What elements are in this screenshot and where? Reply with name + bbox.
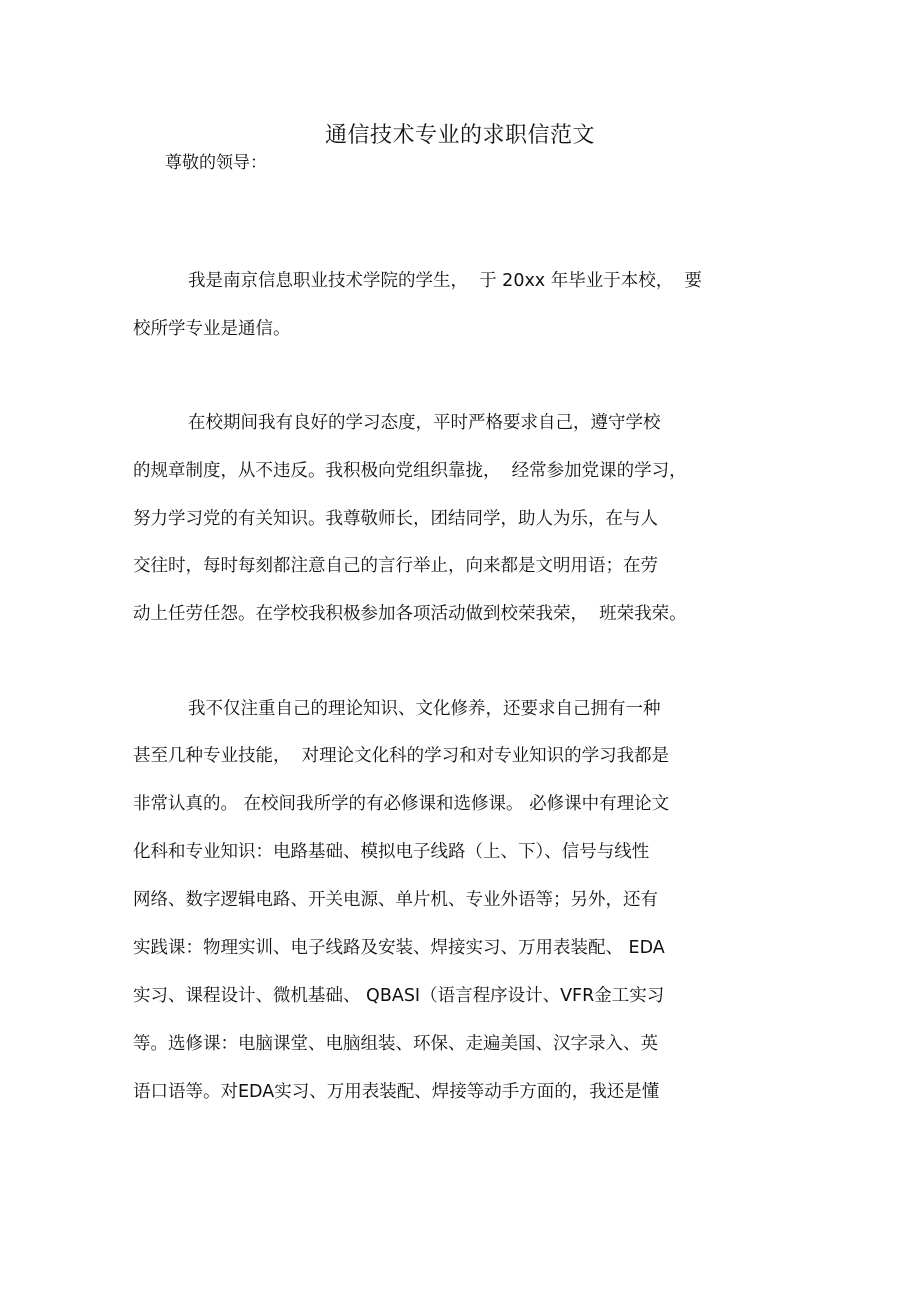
- paragraph-2-line-4: 交往时，每时每刻都注意自己的言行举止，向来都是文明用语；在劳: [133, 553, 658, 579]
- paragraph-3-line-9: 语口语等。对EDA实习、万用表装配、焊接等动手方面的，我还是懂: [133, 1079, 659, 1105]
- paragraph-2-line-5: 动上任劳任怨。在学校我积极参加各项活动做到校荣我荣， 班荣我荣。: [133, 601, 687, 627]
- paragraph-3-line-3: 非常认真的。 在校间我所学的有必修课和选修课。 必修课中有理论文: [133, 791, 669, 817]
- paragraph-3-line-5: 网络、数字逻辑电路、开关电源、单片机、专业外语等；另外，还有: [133, 887, 658, 913]
- paragraph-3-line-4: 化科和专业知识：电路基础、模拟电子线路（上、下）、信号与线性: [133, 839, 649, 865]
- paragraph-3-line-1: 我不仅注重自己的理论知识、文化修养，还要求自己拥有一种: [188, 696, 661, 722]
- paragraph-2-line-1: 在校期间我有良好的学习态度，平时严格要求自己，遵守学校: [188, 410, 661, 436]
- paragraph-3-line-6: 实践课：物理实训、电子线路及安装、焊接实习、万用表装配、 EDA: [133, 935, 665, 961]
- document-title: 通信技术专业的求职信范文: [0, 120, 920, 152]
- paragraph-2-line-2: 的规章制度，从不违反。我积极向党组织靠拢， 经常参加党课的学习，: [133, 458, 687, 484]
- paragraph-3-line-8: 等。选修课：电脑课堂、电脑组装、环保、走遍美国、汉字录入、英: [133, 1031, 658, 1057]
- paragraph-3-line-7: 实习、课程设计、微机基础、 QBASI（语言程序设计、VFR金工实习: [133, 983, 664, 1009]
- paragraph-2-line-3: 努力学习党的有关知识。我尊敬师长，团结同学，助人为乐，在与人: [133, 506, 658, 532]
- paragraph-1-line-1: 我是南京信息职业技术学院的学生， 于 20xx 年毕业于本校， 要: [188, 268, 702, 294]
- paragraph-3-line-2: 甚至几种专业技能， 对理论文化科的学习和对专业知识的学习我都是: [133, 743, 669, 769]
- paragraph-1-line-2: 校所学专业是通信。: [133, 316, 291, 342]
- salutation: 尊敬的领导：: [165, 150, 267, 176]
- document-page: 通信技术专业的求职信范文 尊敬的领导： 我是南京信息职业技术学院的学生， 于 2…: [0, 0, 920, 1303]
